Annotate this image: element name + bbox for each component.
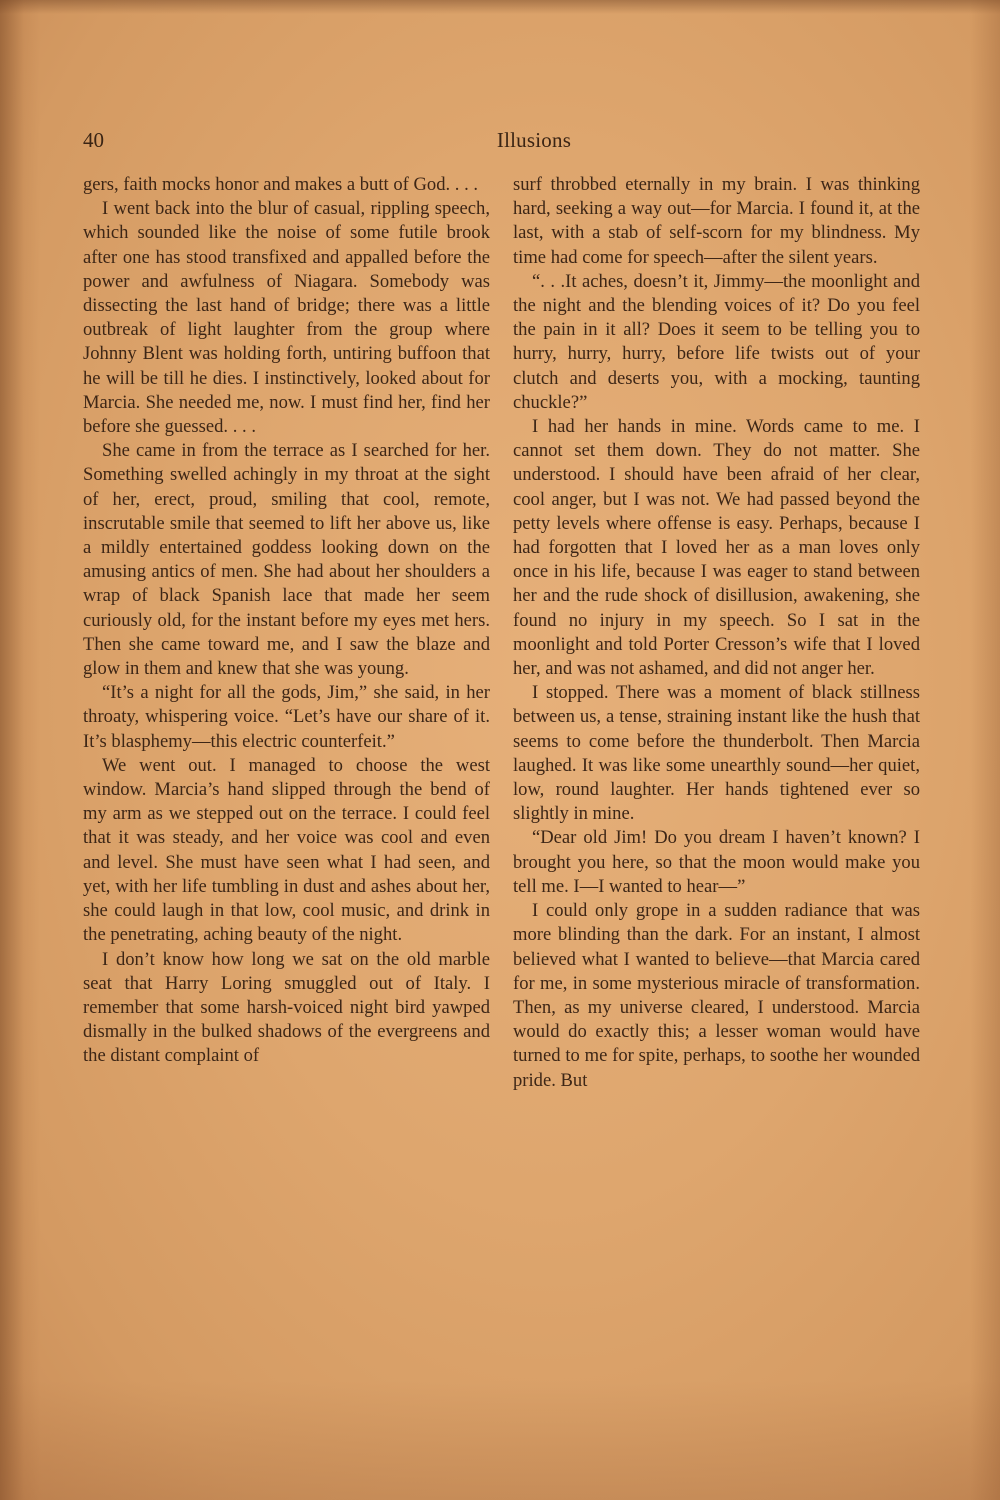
paragraph: “. . .It aches, doesn’t it, Jimmy—the mo… xyxy=(513,270,920,415)
paragraph: surf throbbed eternally in my brain. I w… xyxy=(513,173,920,270)
paragraph: I could only grope in a sudden ra­diance… xyxy=(513,899,920,1093)
paragraph: “It’s a night for all the gods, Jim,” sh… xyxy=(83,681,490,754)
page-gutter-shadow xyxy=(0,0,40,1500)
text-column-left: gers, faith mocks honor and makes a butt… xyxy=(83,173,490,1069)
running-header: 40 Illusions xyxy=(83,128,921,158)
paragraph: I stopped. There was a moment of black s… xyxy=(513,681,920,826)
paragraph: I don’t know how long we sat on the old … xyxy=(83,948,490,1069)
page-top-edge xyxy=(0,0,1000,14)
text-column-right: surf throbbed eternally in my brain. I w… xyxy=(513,173,920,1093)
running-title: Illusions xyxy=(83,128,921,153)
paragraph: gers, faith mocks honor and makes a butt… xyxy=(83,173,490,197)
paragraph: I had her hands in mine. Words came to m… xyxy=(513,415,920,681)
paragraph: I went back into the blur of casual, rip… xyxy=(83,197,490,439)
page-bottom-edge xyxy=(0,1380,1000,1500)
paragraph: “Dear old Jim! Do you dream I have­n’t k… xyxy=(513,826,920,899)
page-right-edge xyxy=(970,0,1000,1500)
paragraph: She came in from the terrace as I search… xyxy=(83,439,490,681)
paragraph: We went out. I managed to choose the wes… xyxy=(83,754,490,948)
